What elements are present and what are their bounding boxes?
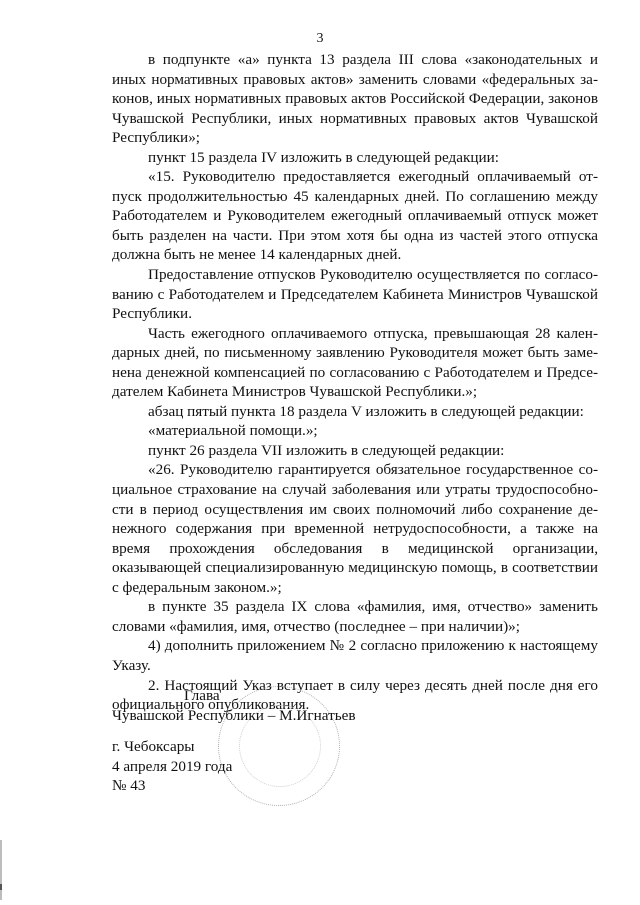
page-number: 3 [0,31,640,47]
issue-details: г. Чебоксары 4 апреля 2019 года № 43 [112,737,232,796]
paragraph-clause-18-intro: абзац пятый пункта 18 раздела V изложить… [112,402,598,422]
signature-title: Глава [112,686,356,706]
paragraph-vacation-approval: Предоставление отпусков Руководителю осу… [112,265,598,324]
paragraph-item-4: 4) дополнить приложением № 2 согласно пр… [112,636,598,675]
paragraph-vacation-compensation: Часть ежегодного оплачиваемого отпуска, … [112,324,598,402]
signature-block: Глава Чувашской Республики – М.Игнатьев [112,686,356,725]
issue-number: № 43 [112,776,232,796]
paragraph-clause-15-intro: пункт 15 раздела IV изложить в следующей… [112,148,598,168]
scan-edge-mark [0,840,2,900]
paragraph-clause-26-intro: пункт 26 раздела VII изложить в следующе… [112,441,598,461]
signature-name: Чувашской Республики – М.Игнатьев [112,706,356,726]
paragraph-clause-15-text: «15. Руководителю предоставляется ежегод… [112,167,598,265]
scan-edge-mark-dark [0,884,2,890]
paragraph-subpoint-a-clause-13: в подпункте «а» пункта 13 раздела III сл… [112,50,598,148]
paragraph-clause-18-text: «материальной помощи.»; [112,421,598,441]
document-body: в подпункте «а» пункта 13 раздела III сл… [112,50,598,715]
paragraph-clause-35: в пункте 35 раздела IX слова «фамилия, и… [112,597,598,636]
issue-date: 4 апреля 2019 года [112,757,232,777]
issue-place: г. Чебоксары [112,737,232,757]
paragraph-clause-26-text: «26. Руководителю гарантируется обязател… [112,460,598,597]
